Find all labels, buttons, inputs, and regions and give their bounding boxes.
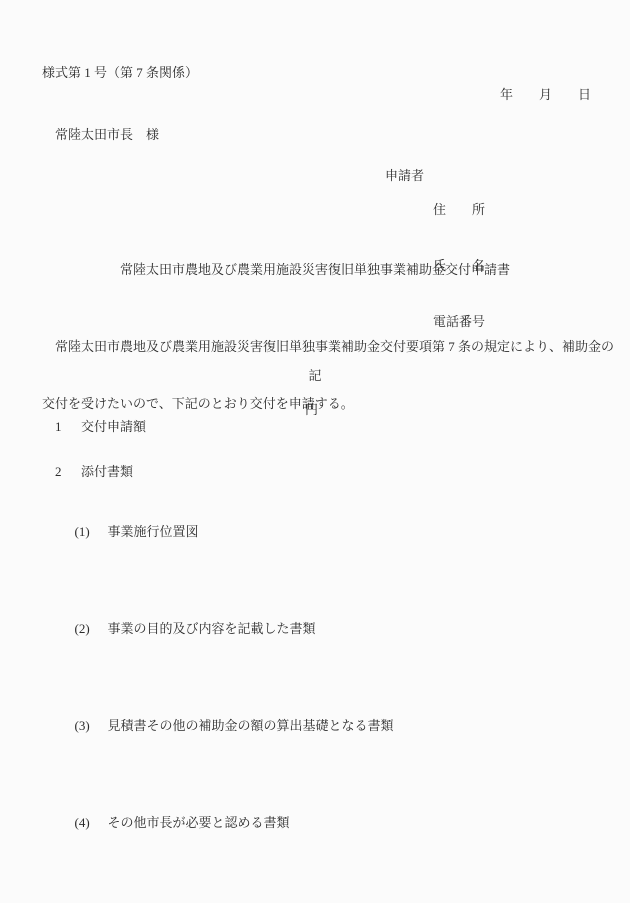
amount-item-label: 交付申請額: [81, 419, 146, 434]
attachment-item-text: その他市長が必要と認める書類: [108, 815, 290, 830]
addressee: 常陸太田市長 様: [55, 126, 159, 143]
form-number: 様式第 1 号（第 7 条関係）: [42, 64, 198, 81]
document-page: 様式第 1 号（第 7 条関係） 年 月 日 常陸太田市長 様 申請者 住 所 …: [0, 0, 630, 903]
attachments-list: (1)事業施行位置図 (2)事業の目的及び内容を記載した書類 (3)見積書その他…: [55, 466, 394, 888]
attachment-item: (4)その他市長が必要と認める書類: [55, 791, 394, 854]
record-marker: 記: [0, 367, 630, 384]
attachment-item: (1)事業施行位置図: [55, 500, 394, 563]
attachment-item-text: 見積書その他の補助金の額の算出基礎となる書類: [108, 718, 394, 733]
attachment-item-number: (2): [75, 618, 108, 639]
applicant-address-label: 住 所: [433, 199, 485, 221]
amount-item-number: 1: [55, 418, 81, 435]
date-line: 年 月 日: [500, 86, 591, 103]
body-line-1: 常陸太田市農地及び農業用施設災害復旧単独事業補助金交付要項第 7 条の規定により…: [42, 335, 614, 358]
attachment-item-number: (1): [75, 521, 108, 542]
attachment-item-text: 事業施行位置図: [108, 524, 199, 539]
attachment-item-text: 事業の目的及び内容を記載した書類: [108, 621, 316, 636]
attachment-item: (2)事業の目的及び内容を記載した書類: [55, 597, 394, 660]
document-title: 常陸太田市農地及び農業用施設災害復旧単独事業補助金交付申請書: [0, 261, 630, 278]
amount-unit-label: 円: [305, 401, 318, 418]
attachment-item-number: (3): [75, 715, 108, 736]
attachment-item: (3)見積書その他の補助金の額の算出基礎となる書類: [55, 694, 394, 757]
attachment-item-number: (4): [75, 812, 108, 833]
applicant-label: 申請者: [385, 165, 424, 187]
